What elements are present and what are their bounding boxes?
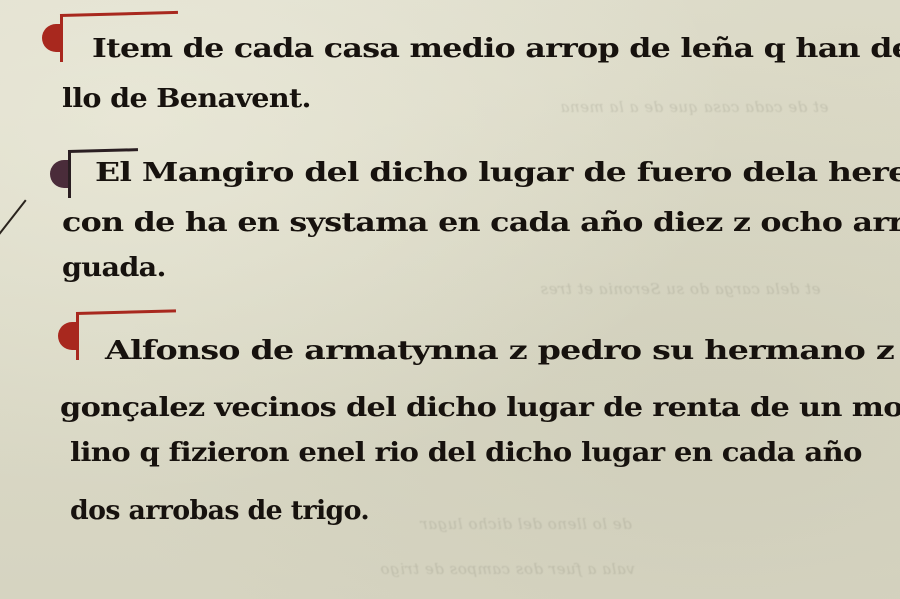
paragraph-3-line-3: lino q fizieron enel rio del dicho lugar… <box>70 440 862 466</box>
paragraph-3-line-1: Alfonso de armatynna z pedro su hermano … <box>105 338 900 364</box>
paragraph-1-line-1: Item de cada casa medio arrop de leña q … <box>92 36 900 62</box>
bleed-through-text: de lo lleno del dicho lugar <box>420 515 632 533</box>
paragraph-1-line-2: llo de Benavent. <box>62 86 311 112</box>
bleed-through-text: et dela carga do su Seronia et tres <box>540 280 820 298</box>
bleed-through-text: et de cada casa que de a la mena <box>560 98 828 116</box>
paragraph-2-line-2: con de ha en systama en cada año diez z … <box>62 210 900 236</box>
manuscript-page: et de cada casa que de a la mena et dela… <box>0 0 900 599</box>
bleed-through-text: vala a fuer dos campos de trigo <box>380 560 635 578</box>
paragraph-3-line-2: gonçalez vecinos del dicho lugar de rent… <box>60 395 900 421</box>
paragraph-2-line-3: guada. <box>62 255 166 281</box>
paragraph-3-line-4: dos arrobas de trigo. <box>70 498 369 524</box>
margin-stroke-mark <box>0 199 27 238</box>
paragraph-2-line-1: El Mangiro del dicho lugar de fuero dela… <box>95 160 900 186</box>
